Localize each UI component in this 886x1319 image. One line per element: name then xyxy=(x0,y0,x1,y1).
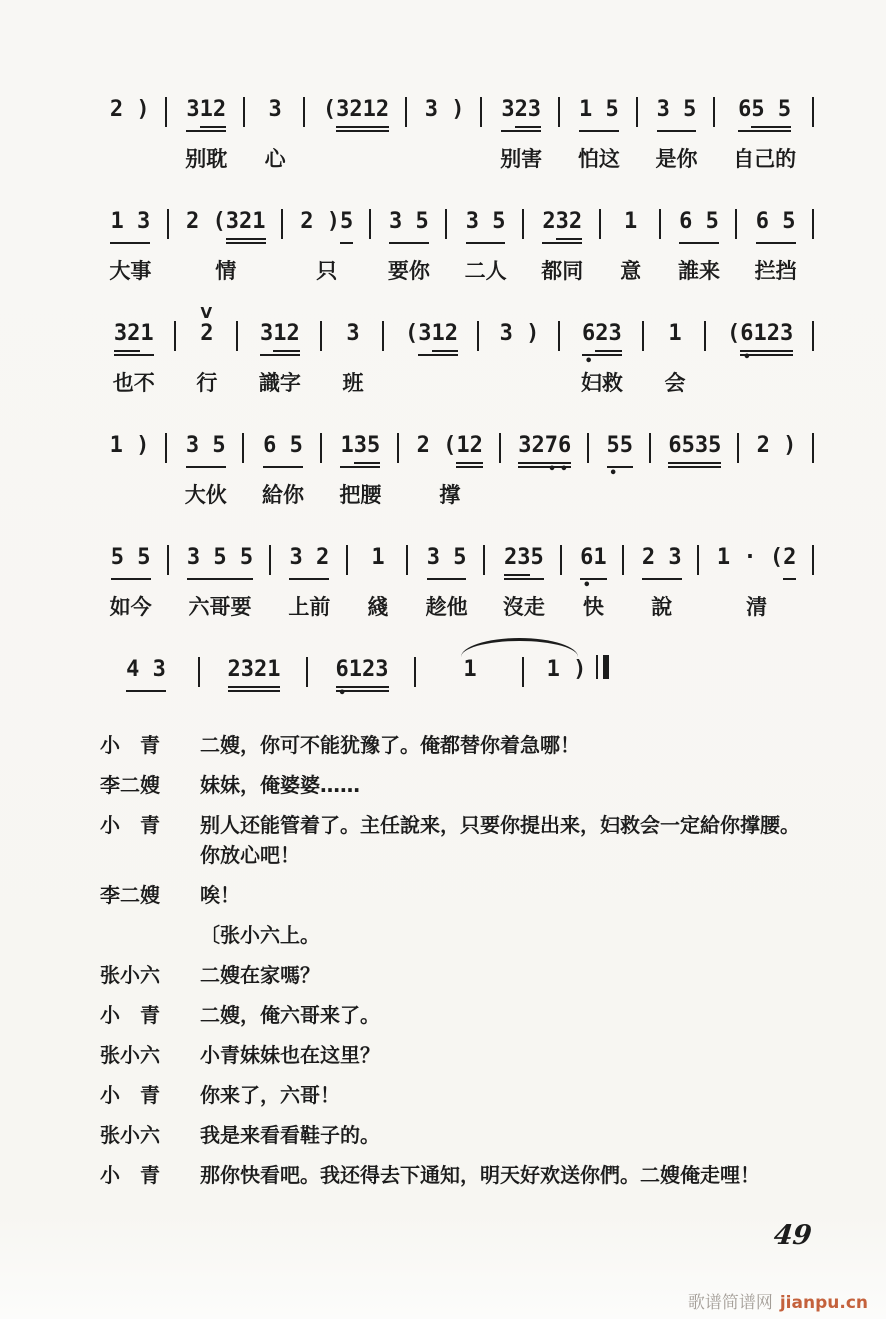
music-measure: ( 3 12 xyxy=(384,318,479,398)
music-measure: 32 1也不 xyxy=(92,318,176,398)
note-group: 6• xyxy=(580,542,593,580)
music-measure: 3 5 5六哥要 xyxy=(169,542,270,622)
note-group: 2 ) xyxy=(300,206,340,244)
measure-notes: 3 5 xyxy=(644,94,710,132)
dialogue-section: 小 青二嫂，你可不能犹豫了。俺都替你着急哪！李二嫂妹妹，俺婆婆……小 青别人还能… xyxy=(100,730,818,1200)
music-measure: 23 5沒走 xyxy=(485,542,562,622)
note-group: 35 xyxy=(354,430,381,468)
lyric-text: 把腰 xyxy=(328,480,393,510)
lyric-text xyxy=(413,144,476,174)
note-group: 23 xyxy=(504,542,531,580)
lyric-text: 如今 xyxy=(98,592,163,622)
lyric-text: 撑 xyxy=(405,480,495,510)
dialogue-text: 二嫂在家嗎？ xyxy=(200,960,818,990)
lyric-text: 大伙 xyxy=(173,480,238,510)
measure-notes: 3 5 xyxy=(414,542,479,580)
lyric-text: 班 xyxy=(328,368,379,398)
measure-notes: 2321 xyxy=(206,654,302,692)
speaker-name: 小 青 xyxy=(100,1000,188,1030)
measure-notes: 3 5 xyxy=(377,206,442,244)
music-measure: 6 5 5自己的 xyxy=(715,94,814,174)
music-measure: 3 5大伙 xyxy=(167,430,244,510)
note-group: 1 xyxy=(371,542,384,580)
page-number: 49 xyxy=(773,1220,814,1251)
measure-notes: 3 5 xyxy=(453,206,518,244)
lyric-text: 趁他 xyxy=(414,592,479,622)
lyric-text: 别耽 xyxy=(173,144,239,174)
measure-notes: 3 23 xyxy=(488,94,554,132)
note-group: 123 xyxy=(349,654,389,692)
music-measure: 3 5二人 xyxy=(447,206,524,286)
dialogue-text: 〔张小六上。 xyxy=(200,920,818,950)
lyric-text xyxy=(390,368,473,398)
speaker-name xyxy=(100,920,188,950)
speaker-name: 小 青 xyxy=(100,1080,188,1110)
note-group: 6• xyxy=(740,318,753,356)
note-group: 2321 xyxy=(228,654,281,692)
lyric-text xyxy=(98,480,161,510)
note-group: 4 3 xyxy=(126,654,166,692)
octave-dot: • xyxy=(334,689,350,699)
dialogue-text: 小青妹妹也在这里？ xyxy=(200,1040,818,1070)
lyric-text: 要你 xyxy=(377,256,442,286)
lyric-text: 識字 xyxy=(244,368,316,398)
note-group: 1 · ( xyxy=(717,542,783,580)
note-group: 321 xyxy=(226,206,266,244)
octave-dot: •• xyxy=(544,465,572,475)
measure-notes: 6 5 5 xyxy=(721,94,808,132)
music-measure: 6535 xyxy=(651,430,739,510)
music-line: 1 3大事2 (321情2 ) 5只3 5要你3 5二人2 32都同1意6 5誰… xyxy=(92,206,814,286)
measure-notes: 2 ) xyxy=(98,94,161,132)
music-measure: 1 xyxy=(416,654,524,734)
measure-notes: 2 xyxy=(182,318,233,356)
note-group: 12 xyxy=(456,430,483,468)
measure-notes: 6• 1 xyxy=(568,542,618,580)
lyric-text: 上前 xyxy=(277,592,342,622)
note-group: 5 5 xyxy=(751,94,791,132)
note-group: 3 5 5 xyxy=(187,542,253,580)
music-measure: 6 •23妇救 xyxy=(560,318,644,398)
measure-notes: 1 5 xyxy=(566,94,632,132)
measure-notes: 6•123 xyxy=(314,654,410,692)
measure-notes: 2 (12 xyxy=(405,430,495,468)
music-measure: 1綫 xyxy=(348,542,408,622)
music-measure: 1意 xyxy=(601,206,661,286)
note-group: 5 xyxy=(530,542,543,580)
music-measure: 1 · (2清 xyxy=(699,542,814,622)
speaker-name: 李二嫂 xyxy=(100,880,188,910)
dialogue-line: 小 青二嫂，你可不能犹豫了。俺都替你着急哪！ xyxy=(100,730,818,760)
music-measure: 2 ) xyxy=(739,430,814,510)
music-measure: (3212 xyxy=(305,94,407,174)
music-measure: 2 ) xyxy=(92,94,167,174)
lyric-text: 清 xyxy=(705,592,808,622)
measure-notes: 1 · (2 xyxy=(705,542,808,580)
measure-notes: 6 5 xyxy=(743,206,808,244)
note-group: 1 xyxy=(140,318,153,356)
note-group: 1 xyxy=(340,430,353,468)
note-group: 3 xyxy=(501,94,514,132)
octave-dot: • xyxy=(739,353,755,363)
lyric-text: 沒走 xyxy=(491,592,556,622)
measure-notes: 1 xyxy=(650,318,701,356)
measure-notes: 6 5 xyxy=(667,206,732,244)
music-measure: 3 2上前 xyxy=(271,542,348,622)
dialogue-line: 李二嫂妹妹，俺婆婆…… xyxy=(100,770,818,800)
music-line: 5 5如今3 5 5六哥要3 2上前1綫3 5趁他23 5沒走6• 1快2 3說… xyxy=(92,542,814,622)
note-group: ( xyxy=(405,318,418,356)
music-measure: 3 23别害 xyxy=(482,94,560,174)
note-group: 3 xyxy=(418,318,431,356)
dialogue-text: 二嫂，你可不能犹豫了。俺都替你着急哪！ xyxy=(200,730,818,760)
note-group: 3 5 xyxy=(186,430,226,468)
measure-notes: 2 (321 xyxy=(175,206,277,244)
note-group: 3 ) xyxy=(500,318,540,356)
music-line: 4 323216•12311 ) xyxy=(92,654,814,734)
music-measure: 5• 5 xyxy=(589,430,651,510)
speaker-name: 张小六 xyxy=(100,960,188,990)
music-measure: 2321 xyxy=(200,654,308,734)
note-group: 6 5 xyxy=(263,430,303,468)
music-measure: 1 ) xyxy=(524,654,632,734)
lyric-text: 二人 xyxy=(453,256,518,286)
lyric-text: 大事 xyxy=(98,256,163,286)
music-measure: 2 (321情 xyxy=(169,206,283,286)
note-group: 1 xyxy=(593,542,606,580)
lyric-text: 都同 xyxy=(530,256,595,286)
measure-notes: 6 5 xyxy=(250,430,315,468)
note-group: 2 ( xyxy=(186,206,226,244)
music-measure: 3 12别耽 xyxy=(167,94,245,174)
note-group: 3 5 xyxy=(389,206,429,244)
note-group: 23 xyxy=(515,94,542,132)
note-group: 32 xyxy=(518,430,545,468)
note-group: 3 xyxy=(268,94,281,132)
tie-arc xyxy=(461,638,578,657)
dialogue-text: 别人还能管着了。主任說来，只要你提出来，妇救会一定給你撑腰。你放心吧！ xyxy=(200,810,818,870)
note-group: 2 xyxy=(200,318,213,356)
note-group: 1 ) xyxy=(547,654,587,692)
dialogue-line: 张小六二嫂在家嗎？ xyxy=(100,960,818,990)
note-group: 5 5 xyxy=(111,542,151,580)
music-measure: 1 3大事 xyxy=(92,206,169,286)
dialogue-text: 我是来看看鞋子的。 xyxy=(200,1120,818,1150)
music-measure: 2 (12撑 xyxy=(399,430,501,510)
measure-notes: ( 3 12 xyxy=(390,318,473,356)
measure-notes: 2 32 xyxy=(530,206,595,244)
note-group: 1 xyxy=(463,654,476,692)
lyric-text xyxy=(507,480,583,510)
octave-dot: • xyxy=(581,357,597,367)
speaker-name: 张小六 xyxy=(100,1120,188,1150)
note-group: 76•• xyxy=(545,430,572,468)
lyric-text: 誰来 xyxy=(667,256,732,286)
music-measure: 5 5如今 xyxy=(92,542,169,622)
speaker-name: 小 青 xyxy=(100,1160,188,1190)
music-line: 2 )3 12别耽3心(32123 )3 23别害1 5怕这3 5是你6 5 5… xyxy=(92,94,814,174)
lyric-text: 行 xyxy=(182,368,233,398)
lyric-text xyxy=(712,368,808,398)
lyric-text xyxy=(745,480,808,510)
measure-notes: 3 ) xyxy=(413,94,476,132)
note-group: 5• xyxy=(607,430,620,468)
measure-notes: 5• 5 xyxy=(595,430,645,468)
watermark-domain: jianpu.cn xyxy=(780,1293,868,1313)
note-group: 3 5 xyxy=(657,94,697,132)
music-measure: 3 5趁他 xyxy=(408,542,485,622)
speaker-name: 李二嫂 xyxy=(100,770,188,800)
dialogue-text: 你来了，六哥！ xyxy=(200,1080,818,1110)
note-group: 6535 xyxy=(668,430,721,468)
measure-notes: 1 ) xyxy=(98,430,161,468)
dialogue-line: 小 青别人还能管着了。主任說来，只要你提出来，妇救会一定給你撑腰。你放心吧！ xyxy=(100,810,818,870)
music-notation: 2 )3 12别耽3心(32123 )3 23别害1 5怕这3 5是你6 5 5… xyxy=(92,94,814,766)
speaker-name: 小 青 xyxy=(100,730,188,760)
lyric-text xyxy=(98,144,161,174)
note-group: 3 xyxy=(346,318,359,356)
measure-notes: 1 xyxy=(607,206,655,244)
stage-direction-line: 〔张小六上。 xyxy=(100,920,818,950)
measure-notes: 3 5 xyxy=(173,430,238,468)
dialogue-text: 那你快看吧。我还得去下通知，明天好欢送你們。二嫂俺走哩！ xyxy=(200,1160,818,1190)
music-measure: (6•123 xyxy=(706,318,814,398)
measure-notes: 32 1 xyxy=(98,318,170,356)
measure-notes: 2 3 xyxy=(630,542,693,580)
lyric-text: 自己的 xyxy=(721,144,808,174)
note-group: 23 xyxy=(595,318,622,356)
music-measure: 3 ) xyxy=(479,318,560,398)
dialogue-text: 妹妹，俺婆婆…… xyxy=(200,770,818,800)
note-group: 12 xyxy=(432,318,459,356)
lyric-text xyxy=(485,368,554,398)
music-measure: 3心 xyxy=(245,94,305,174)
note-group: 123 xyxy=(754,318,794,356)
measure-notes: 1 35 xyxy=(328,430,393,468)
lyric-text: 会 xyxy=(650,368,701,398)
measure-notes: 1 3 xyxy=(98,206,163,244)
measure-notes: 1 xyxy=(422,654,518,692)
lyric-text: 綫 xyxy=(354,592,402,622)
note-group: 32 xyxy=(114,318,141,356)
music-measure: 3276•• xyxy=(501,430,589,510)
measure-notes: 3 xyxy=(328,318,379,356)
music-measure: 3 5要你 xyxy=(371,206,448,286)
note-group: 32 xyxy=(556,206,583,244)
lyric-text: 給你 xyxy=(250,480,315,510)
lyric-text xyxy=(657,480,733,510)
music-measure: 1 35把腰 xyxy=(322,430,399,510)
note-group: 2 xyxy=(542,206,555,244)
lyric-text xyxy=(595,480,645,510)
measure-notes: 6535 xyxy=(657,430,733,468)
measure-notes: 3 2 xyxy=(277,542,342,580)
note-group: 5 xyxy=(340,206,353,244)
note-group: 1 5 xyxy=(579,94,619,132)
music-measure: 2 ) 5只 xyxy=(283,206,371,286)
dialogue-line: 小 青那你快看吧。我还得去下通知，明天好欢送你們。二嫂俺走哩！ xyxy=(100,1160,818,1190)
measure-notes: 4 3 xyxy=(98,654,194,692)
music-line: 32 1也不2V行3 12識字3班( 3 123 )6 •23妇救1会(6•12… xyxy=(92,318,814,398)
note-group: 1 3 xyxy=(110,206,150,244)
measure-notes: (3212 xyxy=(311,94,401,132)
lyric-text: 說 xyxy=(630,592,693,622)
lyric-text: 六哥要 xyxy=(175,592,264,622)
lyric-text: 拦挡 xyxy=(743,256,808,286)
lyric-text: 别害 xyxy=(488,144,554,174)
music-measure: 2 3說 xyxy=(624,542,699,622)
music-measure: 3班 xyxy=(322,318,385,398)
lyric-text: 意 xyxy=(607,256,655,286)
measure-notes: 3 ) xyxy=(485,318,554,356)
lyric-text xyxy=(311,144,401,174)
measure-notes: (6•123 xyxy=(712,318,808,356)
music-measure: 1 5怕这 xyxy=(560,94,638,174)
note-group: 3 ) xyxy=(425,94,465,132)
dialogue-line: 张小六我是来看看鞋子的。 xyxy=(100,1120,818,1150)
music-measure: 3 ) xyxy=(407,94,482,174)
lyric-text: 妇救 xyxy=(566,368,638,398)
music-measure: 4 3 xyxy=(92,654,200,734)
note-group: 3 5 xyxy=(427,542,467,580)
music-measure: 6 5給你 xyxy=(244,430,321,510)
note-group: ( xyxy=(727,318,740,356)
music-measure: 3 12識字 xyxy=(238,318,322,398)
dialogue-text: 唉！ xyxy=(200,880,818,910)
measure-notes: 3276•• xyxy=(507,430,583,468)
note-group: 2 ) xyxy=(110,94,150,132)
music-measure: 2 32都同 xyxy=(524,206,601,286)
watermark: 歌谱简谱网jianpu.cn xyxy=(688,1288,868,1313)
lyric-text: 心 xyxy=(251,144,299,174)
measure-notes: 3 12 xyxy=(173,94,239,132)
dialogue-line: 小 青你来了，六哥！ xyxy=(100,1080,818,1110)
note-group: 1 ) xyxy=(110,430,150,468)
dialogue-line: 李二嫂唉！ xyxy=(100,880,818,910)
lyric-text: 也不 xyxy=(98,368,170,398)
music-line: 1 )3 5大伙6 5給你1 35把腰2 (12撑3276••5• 565352… xyxy=(92,430,814,510)
note-group: 2 ( xyxy=(417,430,457,468)
note-group: 6 5 xyxy=(756,206,796,244)
note-group: 6• xyxy=(336,654,349,692)
dialogue-line: 小 青二嫂，俺六哥来了。 xyxy=(100,1000,818,1030)
lyric-text: 情 xyxy=(175,256,277,286)
watermark-site-name: 歌谱简谱网 xyxy=(688,1293,773,1313)
measure-notes: 3 12 xyxy=(244,318,316,356)
note-group: ( xyxy=(323,94,336,132)
dialogue-line: 张小六小青妹妹也在这里？ xyxy=(100,1040,818,1070)
note-group: 1 xyxy=(668,318,681,356)
music-measure: 6 5誰来 xyxy=(661,206,738,286)
measure-notes: 2 ) 5 xyxy=(289,206,365,244)
octave-dot: • xyxy=(579,581,595,591)
note-group: 3 2 xyxy=(289,542,329,580)
music-measure: 3 5是你 xyxy=(638,94,716,174)
measure-notes: 5 5 xyxy=(98,542,163,580)
note-group: 1 xyxy=(624,206,637,244)
measure-notes: 3 xyxy=(251,94,299,132)
note-group: 3 xyxy=(260,318,273,356)
note-group: 5 xyxy=(620,430,633,468)
music-measure: 1 ) xyxy=(92,430,167,510)
lyric-text: 只 xyxy=(289,256,365,286)
music-measure: 1会 xyxy=(644,318,707,398)
music-measure: 6•123 xyxy=(308,654,416,734)
speaker-name: 张小六 xyxy=(100,1040,188,1070)
music-measure: 6 5拦挡 xyxy=(737,206,814,286)
dialogue-text: 二嫂，俺六哥来了。 xyxy=(200,1000,818,1030)
measure-notes: 1 xyxy=(354,542,402,580)
speaker-name: 小 青 xyxy=(100,810,188,870)
note-group: 12 xyxy=(200,94,227,132)
note-group: 2 ) xyxy=(757,430,797,468)
measure-notes: 1 ) xyxy=(530,654,626,692)
music-measure: 2V行 xyxy=(176,318,239,398)
note-group: 12 xyxy=(273,318,300,356)
measure-notes: 6 •23 xyxy=(566,318,638,356)
breath-mark-icon: V xyxy=(201,304,213,322)
note-group: 6 xyxy=(738,94,751,132)
note-group: 2 3 xyxy=(642,542,682,580)
measure-notes: 3 5 5 xyxy=(175,542,264,580)
lyric-text: 快 xyxy=(568,592,618,622)
music-measure: 6• 1快 xyxy=(562,542,624,622)
measure-notes: 23 5 xyxy=(491,542,556,580)
lyric-text: 怕这 xyxy=(566,144,632,174)
measure-notes: 2 ) xyxy=(745,430,808,468)
note-group: 3212 xyxy=(336,94,389,132)
note-group: 3 xyxy=(186,94,199,132)
note-group: 3 5 xyxy=(466,206,506,244)
score-page: 2 )3 12别耽3心(32123 )3 23别害1 5怕这3 5是你6 5 5… xyxy=(0,0,886,1319)
note-group: 6 • xyxy=(582,318,595,356)
octave-dot: • xyxy=(605,469,621,479)
final-barline xyxy=(596,655,609,679)
lyric-text: 是你 xyxy=(644,144,710,174)
note-group: 6 5 xyxy=(679,206,719,244)
note-group: 2 xyxy=(783,542,796,580)
